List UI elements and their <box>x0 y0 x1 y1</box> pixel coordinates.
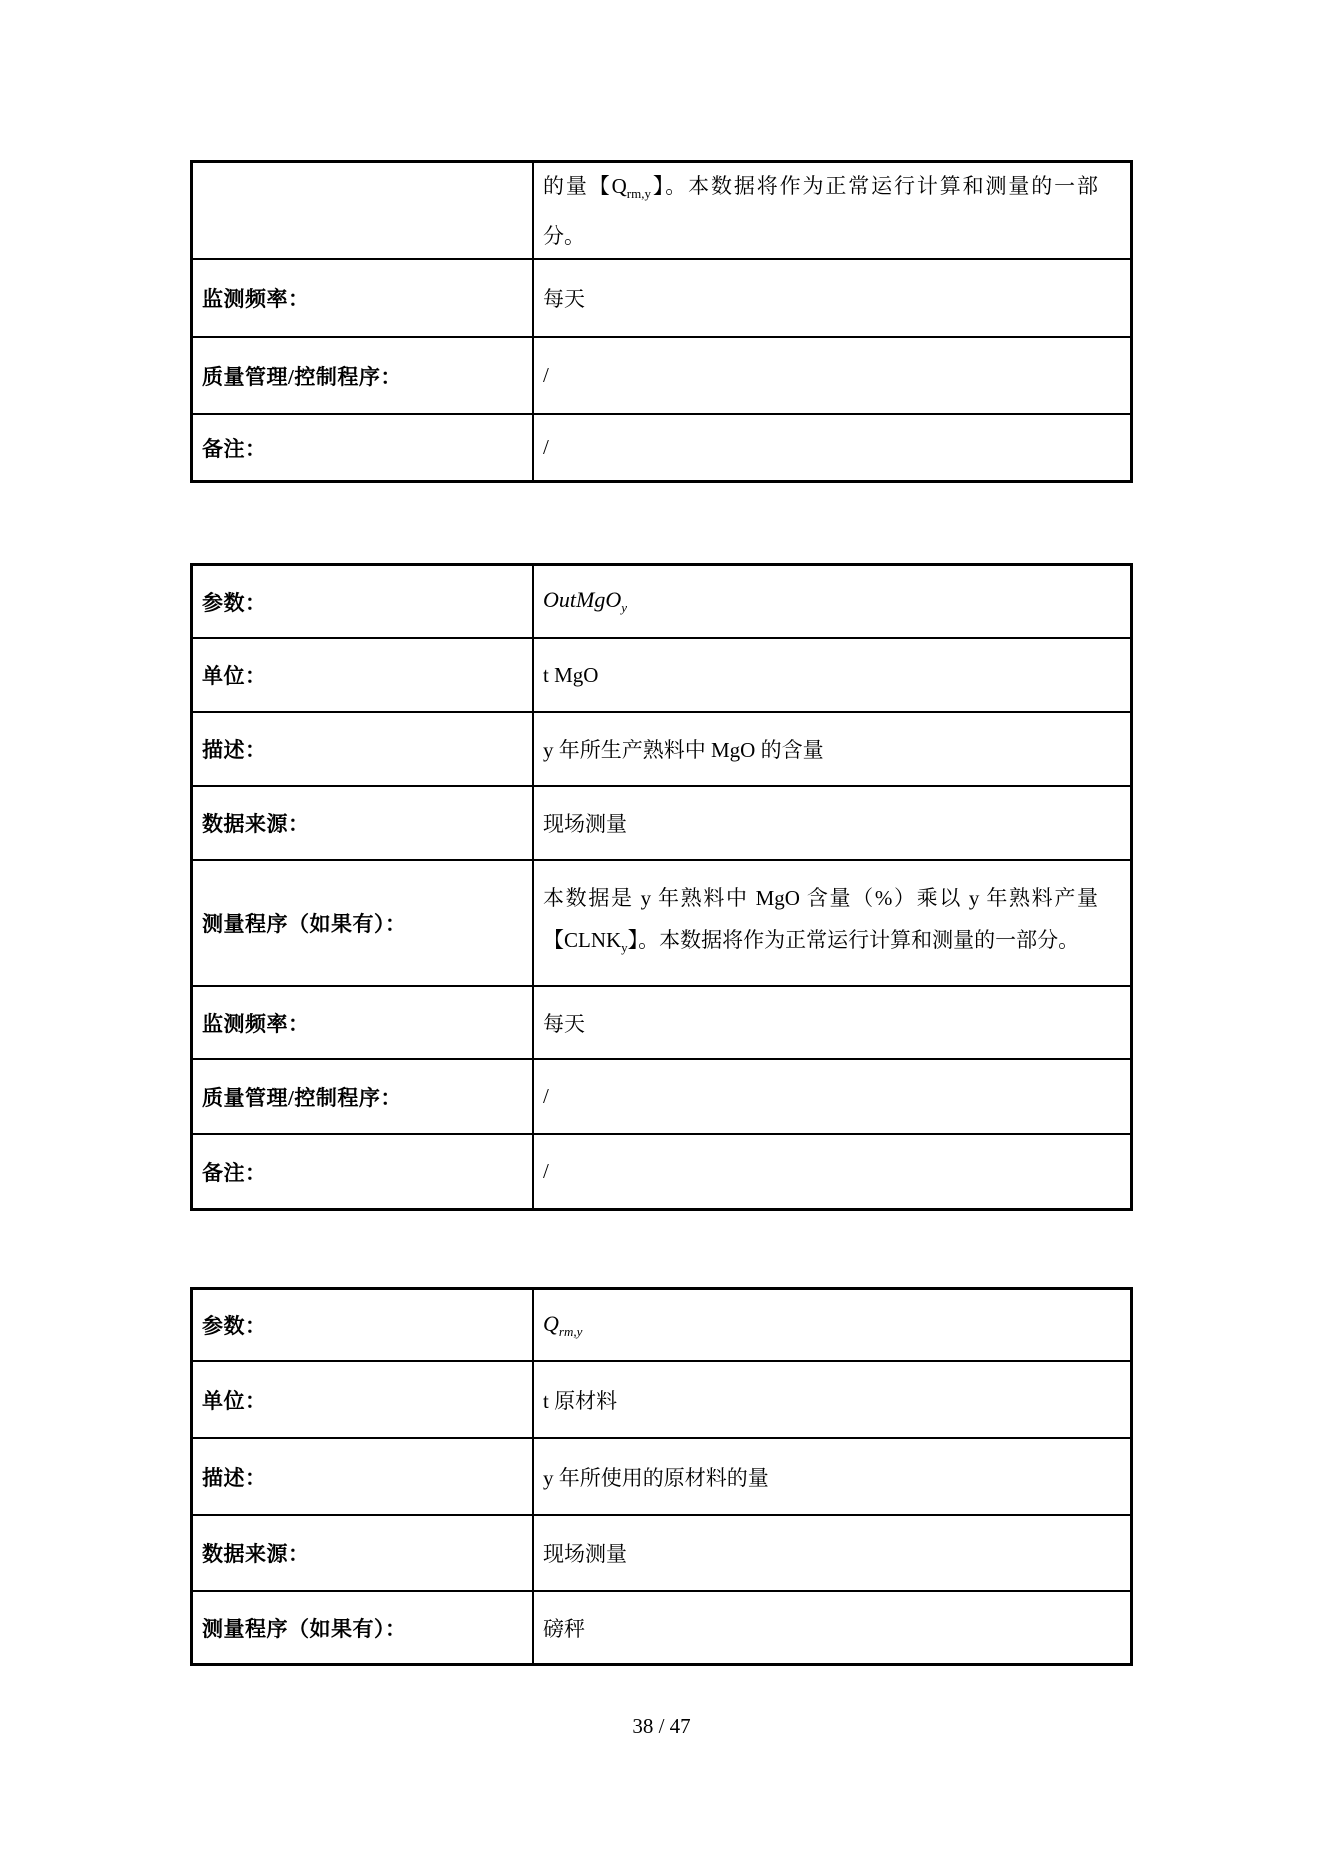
row-label: 备注： <box>193 415 534 480</box>
row-label: 监测频率： <box>193 987 534 1058</box>
row-value-text: 本数据是 y 年熟料中 MgO 含量（%）乘以 y 年熟料产量 【CLNKy】。… <box>543 877 1098 969</box>
row-label: 单位： <box>193 639 534 711</box>
row-value: / <box>534 1135 1130 1208</box>
row-value: 现场测量 <box>534 787 1130 859</box>
row-value: 每天 <box>534 987 1130 1058</box>
table-row: 数据来源： 现场测量 <box>193 1514 1130 1590</box>
row-value: t 原材料 <box>534 1362 1130 1437</box>
parameter-subscript: rm,y <box>559 1324 582 1339</box>
parameter-table-1: 的量【Qrm,y】。本数据将作为正常运行计算和测量的一部 分。 监测频率： 每天… <box>190 160 1133 483</box>
text-segment: 】。本数据将作为正常运行计算和测量的一部分。 <box>628 928 1080 952</box>
table-row: 的量【Qrm,y】。本数据将作为正常运行计算和测量的一部 分。 <box>193 163 1130 258</box>
row-value: 现场测量 <box>534 1516 1130 1590</box>
table-row: 单位： t 原材料 <box>193 1360 1130 1437</box>
table-row: 质量管理/控制程序： / <box>193 336 1130 413</box>
row-value: / <box>534 1060 1130 1133</box>
row-value: y 年所生产熟料中 MgO 的含量 <box>534 713 1130 785</box>
table-row: 备注： / <box>193 413 1130 480</box>
row-value: t MgO <box>534 639 1130 711</box>
row-value: / <box>534 415 1130 480</box>
row-label: 测量程序（如果有）： <box>193 1592 534 1663</box>
document-page: 的量【Qrm,y】。本数据将作为正常运行计算和测量的一部 分。 监测频率： 每天… <box>0 0 1323 1871</box>
table-row: 数据来源： 现场测量 <box>193 785 1130 859</box>
row-label <box>193 163 534 258</box>
text-segment: 分。 <box>543 224 585 248</box>
parameter-table-2: 参数： OutMgOy 单位： t MgO 描述： y 年所生产熟料中 MgO … <box>190 563 1133 1211</box>
row-value: 本数据是 y 年熟料中 MgO 含量（%）乘以 y 年熟料产量 【CLNKy】。… <box>534 861 1130 985</box>
row-value-text: 的量【Qrm,y】。本数据将作为正常运行计算和测量的一部 分。 <box>543 165 1098 257</box>
table-row: 测量程序（如果有）： 本数据是 y 年熟料中 MgO 含量（%）乘以 y 年熟料… <box>193 859 1130 985</box>
row-label: 数据来源： <box>193 1516 534 1590</box>
row-label: 单位： <box>193 1362 534 1437</box>
row-label: 数据来源： <box>193 787 534 859</box>
row-value: / <box>534 338 1130 413</box>
table-row: 描述： y 年所使用的原材料的量 <box>193 1437 1130 1514</box>
text-segment: 】。本数据将作为正常运行计算和测量的一部 <box>651 174 1098 198</box>
row-label: 质量管理/控制程序： <box>193 1060 534 1133</box>
row-label: 测量程序（如果有）： <box>193 861 534 985</box>
text-segment: 的量【Q <box>543 174 627 198</box>
row-label: 描述： <box>193 1439 534 1514</box>
row-value: y 年所使用的原材料的量 <box>534 1439 1130 1514</box>
row-label: 监测频率： <box>193 260 534 336</box>
text-segment: 【CLNK <box>543 928 621 952</box>
row-value: 每天 <box>534 260 1130 336</box>
text-segment: 本数据是 y 年熟料中 MgO 含量（%）乘以 y 年熟料产量 <box>543 886 1098 910</box>
row-label: 备注： <box>193 1135 534 1208</box>
row-label: 描述： <box>193 713 534 785</box>
row-label: 参数： <box>193 566 534 637</box>
parameter-main: OutMgO <box>543 587 621 612</box>
table-row: 单位： t MgO <box>193 637 1130 711</box>
row-label: 参数： <box>193 1290 534 1360</box>
table-row: 测量程序（如果有）： 磅秤 <box>193 1590 1130 1663</box>
table-row: 描述： y 年所生产熟料中 MgO 的含量 <box>193 711 1130 785</box>
table-row: 监测频率： 每天 <box>193 985 1130 1058</box>
row-value: 磅秤 <box>534 1592 1130 1663</box>
parameter-subscript: y <box>621 600 627 615</box>
table-row: 备注： / <box>193 1133 1130 1208</box>
table-row: 监测频率： 每天 <box>193 258 1130 336</box>
table-row: 参数： Qrm,y <box>193 1290 1130 1360</box>
parameter-table-3: 参数： Qrm,y 单位： t 原材料 描述： y 年所使用的原材料的量 数据来… <box>190 1287 1133 1666</box>
parameter-symbol: OutMgOy <box>543 587 627 616</box>
text-line: 【CLNKy】。本数据将作为正常运行计算和测量的一部分。 <box>543 919 1098 969</box>
parameter-symbol: Qrm,y <box>543 1311 582 1340</box>
text-line: 本数据是 y 年熟料中 MgO 含量（%）乘以 y 年熟料产量 <box>543 877 1098 919</box>
row-value: OutMgOy <box>534 566 1130 637</box>
row-value: Qrm,y <box>534 1290 1130 1360</box>
text-line: 分。 <box>543 215 1098 257</box>
parameter-main: Q <box>543 1311 559 1336</box>
table-row: 质量管理/控制程序： / <box>193 1058 1130 1133</box>
page-number: 38 / 47 <box>0 1714 1323 1739</box>
row-value: 的量【Qrm,y】。本数据将作为正常运行计算和测量的一部 分。 <box>534 163 1130 258</box>
subscript-text: rm,y <box>627 186 651 201</box>
row-label: 质量管理/控制程序： <box>193 338 534 413</box>
table-row: 参数： OutMgOy <box>193 566 1130 637</box>
text-line: 的量【Qrm,y】。本数据将作为正常运行计算和测量的一部 <box>543 165 1098 215</box>
